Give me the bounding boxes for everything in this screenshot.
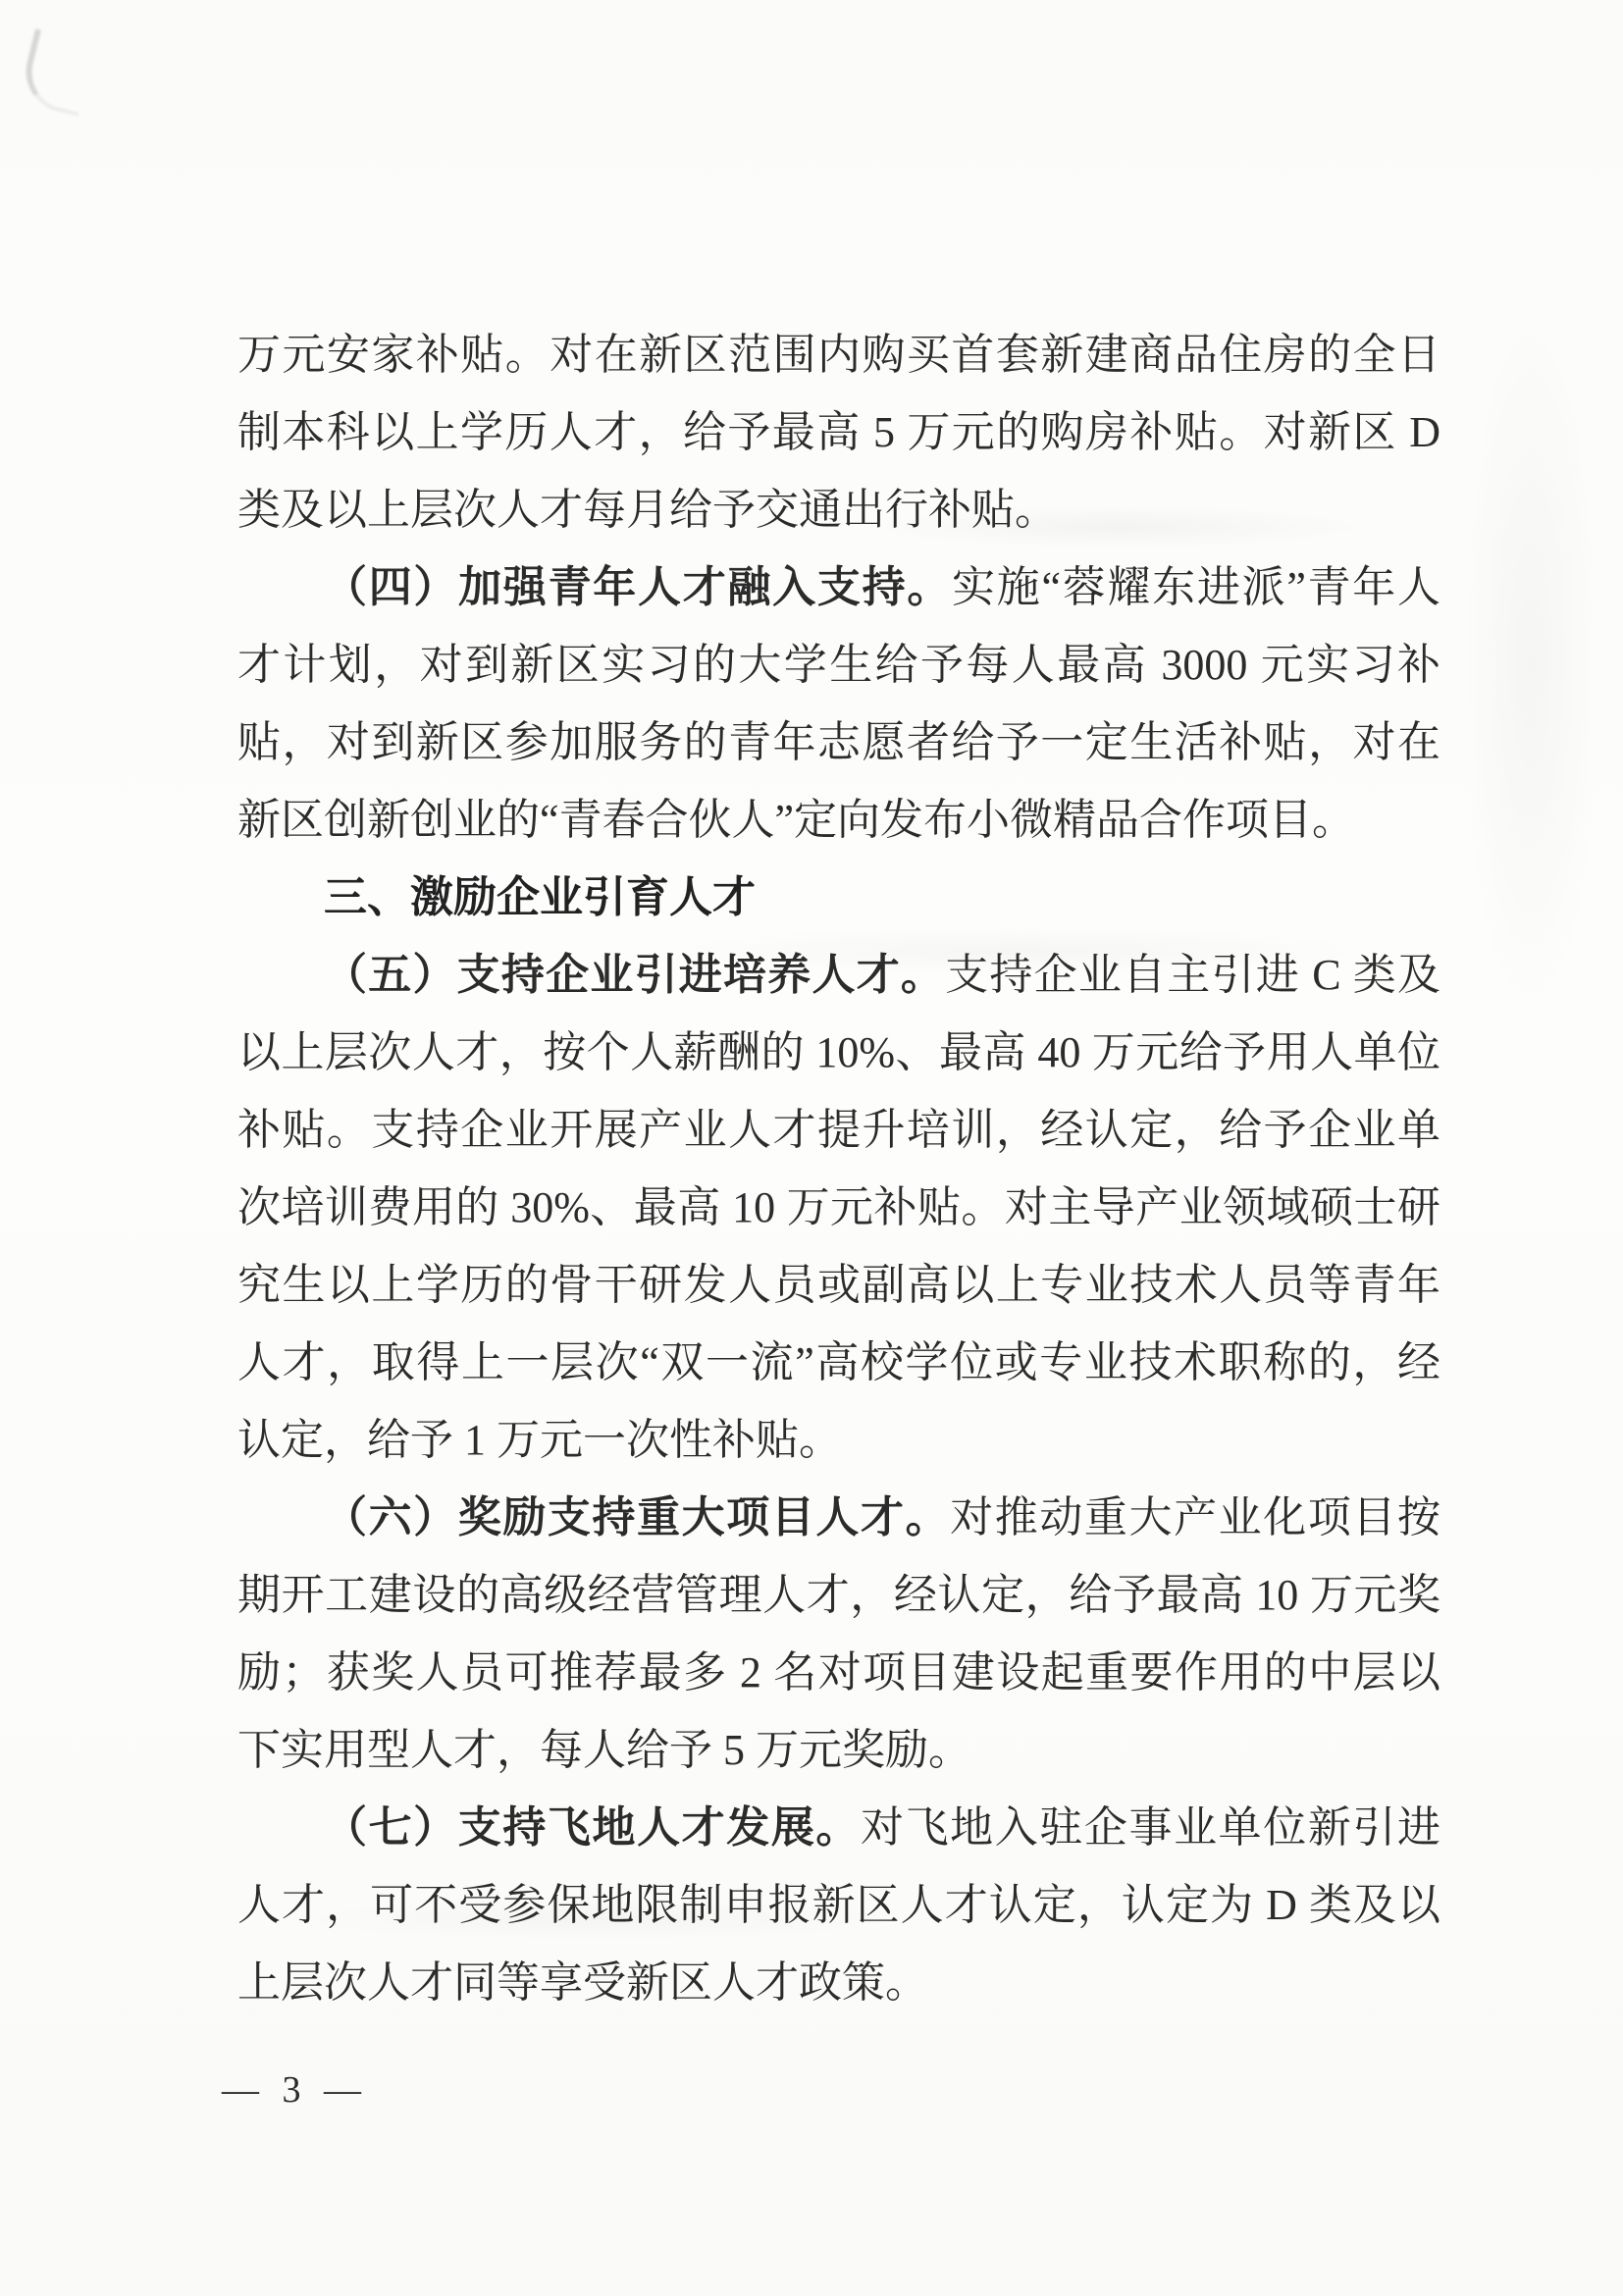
section-heading: 三、激励企业引育人才 (237, 859, 1440, 936)
item-lead: （四）加强青年人才融入支持。 (324, 563, 952, 611)
item-lead: （五）支持企业引进培养人才。 (324, 951, 945, 999)
scanned-page: 万元安家补贴。对在新区范围内购买首套新建商品住房的全日制本科以上学历人才，给予最… (0, 0, 1623, 2296)
paragraph: （五）支持企业引进培养人才。支持企业自主引进 C 类及以上层次人才，按个人薪酬的… (237, 936, 1440, 1479)
document-body: 万元安家补贴。对在新区范围内购买首套新建商品住房的全日制本科以上学历人才，给予最… (237, 316, 1440, 2021)
paragraph: （四）加强青年人才融入支持。实施“蓉耀东进派”青年人才计划，对到新区实习的大学生… (237, 548, 1440, 859)
item-lead: （七）支持飞地人才发展。 (324, 1803, 861, 1852)
page-number: — 3 — (222, 2068, 368, 2112)
scan-artifact-corner (18, 28, 96, 116)
item-lead: （六）奖励支持重大项目人才。 (324, 1493, 950, 1541)
paragraph: （六）奖励支持重大项目人才。对推动重大产业化项目按期开工建设的高级经营管理人才，… (237, 1479, 1440, 1789)
paragraph: （七）支持飞地人才发展。对飞地入驻企事业单位新引进人才，可不受参保地限制申报新区… (237, 1789, 1440, 2021)
scan-smudge (1462, 324, 1599, 1011)
paragraph: 万元安家补贴。对在新区范围内购买首套新建商品住房的全日制本科以上学历人才，给予最… (237, 316, 1440, 548)
